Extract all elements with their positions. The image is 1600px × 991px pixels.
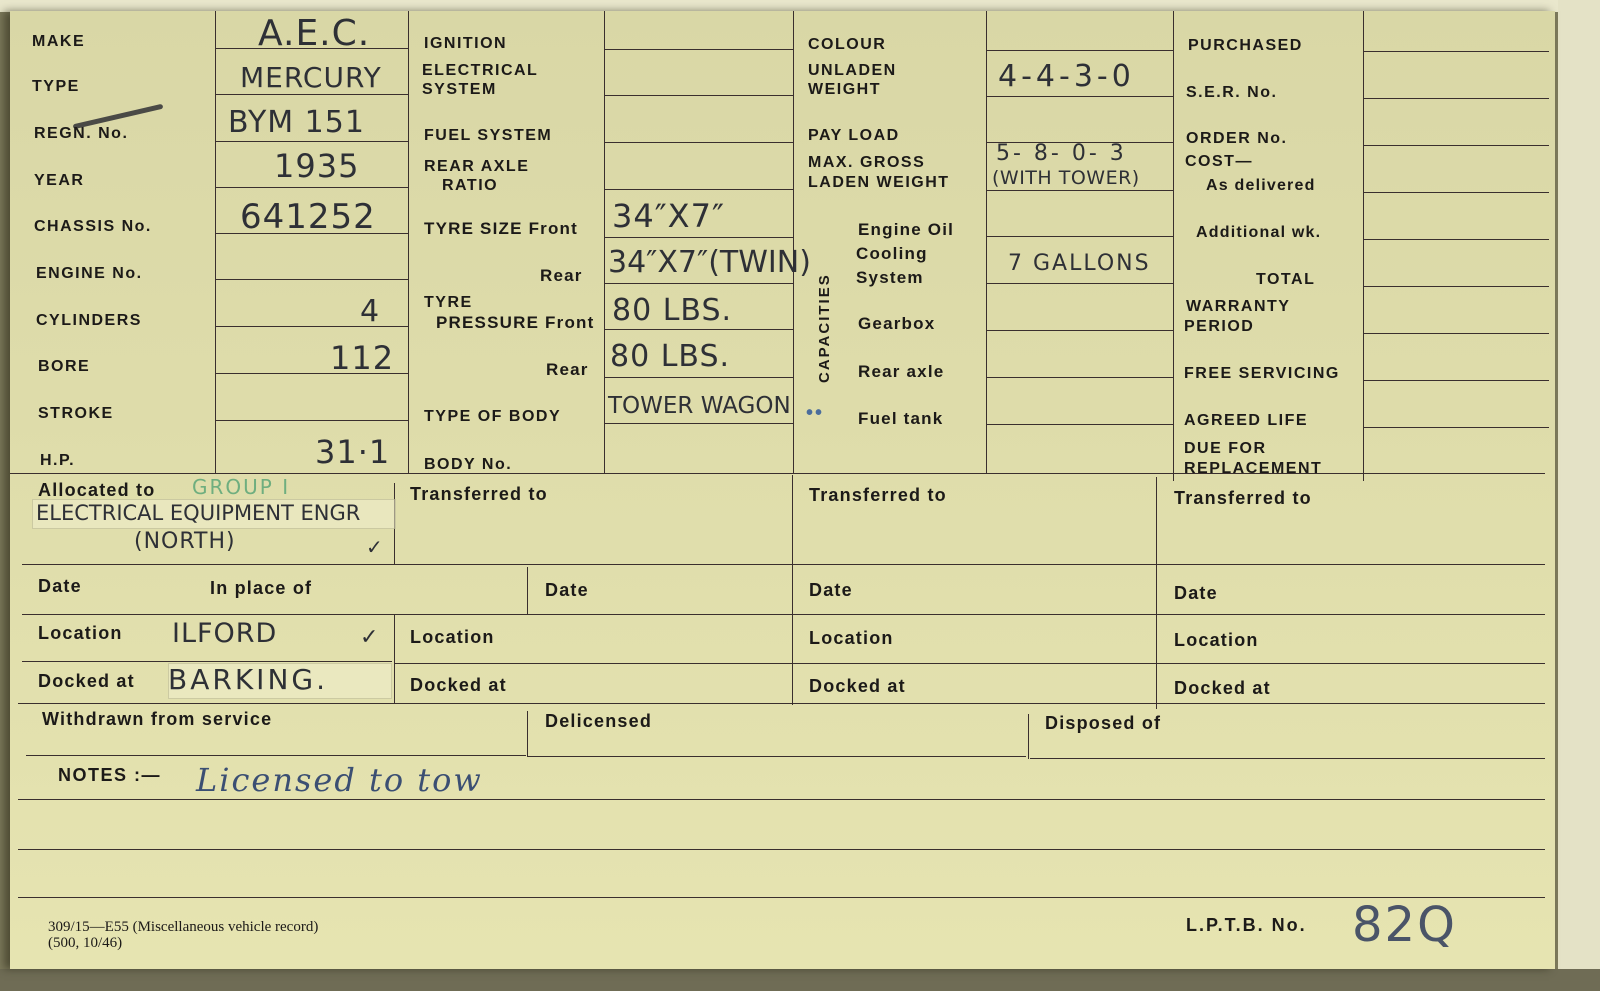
tyre-size-rear-label: Rear: [540, 266, 583, 285]
transfer-1-location-label: Location: [410, 628, 495, 647]
allocation-location-field[interactable]: ILFORD: [172, 618, 277, 649]
cost-label: COST—: [1185, 152, 1253, 171]
allocated-to-label: Allocated to: [38, 481, 155, 500]
allocation-location-label: Location: [38, 624, 123, 643]
as-delivered-label: As delivered: [1206, 176, 1316, 195]
fuel-system-label: FUEL SYSTEM: [424, 126, 552, 145]
rule: [986, 11, 987, 473]
notes-field[interactable]: Licensed to tow: [196, 761, 483, 799]
ignition-label: IGNITION: [424, 34, 507, 53]
hp-label: H.P.: [40, 451, 75, 470]
transfer-2-docked-label: Docked at: [809, 677, 906, 696]
transfer-3-to-field[interactable]: [1174, 511, 1544, 565]
year-label: YEAR: [34, 171, 84, 190]
order-no-label: ORDER No.: [1186, 129, 1288, 148]
transfer-2-date-label: Date: [809, 581, 853, 600]
withdrawn-label: Withdrawn from service: [42, 710, 272, 729]
max-gross-note: (WITH TOWER): [992, 167, 1140, 189]
ink-marks: ••: [806, 402, 824, 425]
transfer-2-location-label: Location: [809, 629, 894, 648]
cylinders-field[interactable]: 4: [360, 294, 380, 329]
transfer-2-to-field[interactable]: [809, 509, 1149, 563]
year-field[interactable]: 1935: [274, 147, 359, 185]
allocated-to-field-2[interactable]: (NORTH): [134, 529, 236, 554]
rule: [1173, 11, 1174, 481]
tyre-size-front-field[interactable]: 34″X7″: [612, 197, 725, 235]
rule: [215, 11, 216, 473]
tyre-size-front-label: TYRE SIZE Front: [424, 219, 578, 238]
unladen-weight-label-2: WEIGHT: [808, 80, 881, 99]
chassis-field[interactable]: 641252: [240, 197, 376, 237]
pay-load-label: PAY LOAD: [808, 126, 900, 145]
electrical-label-2: SYSTEM: [422, 80, 497, 99]
ser-no-label: S.E.R. No.: [1186, 83, 1277, 102]
rule: [793, 11, 794, 473]
stroke-label: STROKE: [38, 404, 114, 423]
tyre-pressure-rear-field[interactable]: 80 LBS.: [610, 339, 730, 374]
tyre-pressure-label-1: TYRE: [424, 293, 473, 312]
colour-label: COLOUR: [808, 35, 886, 54]
tyre-pressure-front-field[interactable]: 80 LBS.: [612, 293, 732, 328]
make-label: MAKE: [32, 32, 85, 51]
transfer-2-to-label: Transferred to: [809, 486, 947, 505]
additional-work-label: Additional wk.: [1196, 223, 1321, 242]
print-run: (500, 10/46): [48, 935, 122, 951]
unladen-weight-field[interactable]: 4-4-3-0: [998, 59, 1135, 94]
allocated-to-field[interactable]: ELECTRICAL EQUIPMENT ENGR: [36, 501, 360, 525]
regn-field[interactable]: BYM 151: [228, 105, 365, 140]
fuel-tank-label: Fuel tank: [858, 409, 943, 428]
agreed-life-label: AGREED LIFE: [1184, 411, 1308, 430]
notes-label: NOTES :—: [58, 766, 161, 785]
max-gross-field[interactable]: 5- 8- 0- 3: [996, 141, 1127, 166]
rule: [1363, 11, 1364, 481]
transfer-3-docked-label: Docked at: [1174, 679, 1271, 698]
cooling-system-field[interactable]: 7 GALLONS: [1008, 251, 1151, 276]
disposed-of-label: Disposed of: [1045, 714, 1161, 733]
allocation-check-icon: ✓: [366, 535, 384, 559]
transfer-3-location-label: Location: [1174, 631, 1259, 650]
transfer-3-date-label: Date: [1174, 584, 1218, 603]
rule: [604, 11, 605, 473]
due-replacement-label-2: REPLACEMENT: [1184, 459, 1322, 478]
rear-axle-ratio-label-1: REAR AXLE: [424, 157, 529, 176]
rule: [408, 11, 409, 473]
make-field[interactable]: A.E.C.: [258, 13, 370, 54]
allocation-date-label: Date: [38, 577, 82, 596]
regn-label: REGN. No.: [34, 124, 128, 143]
max-gross-label-1: MAX. GROSS: [808, 153, 925, 172]
transfer-3-to-label: Transferred to: [1174, 489, 1312, 508]
type-of-body-field[interactable]: TOWER WAGON: [608, 393, 791, 419]
bore-label: BORE: [38, 357, 90, 376]
background-right: [1558, 0, 1600, 991]
in-place-of-label: In place of: [210, 579, 312, 598]
background-bottom: [0, 969, 1600, 991]
bore-field[interactable]: 112: [330, 339, 394, 377]
cylinders-label: CYLINDERS: [36, 311, 142, 330]
rear-axle-ratio-label-2: RATIO: [442, 176, 498, 195]
rear-axle-capacity-label: Rear axle: [858, 362, 944, 381]
total-label: TOTAL: [1256, 270, 1315, 289]
body-no-label: BODY No.: [424, 455, 512, 474]
type-field[interactable]: MERCURY: [240, 61, 382, 94]
gearbox-label: Gearbox: [858, 314, 935, 333]
lptb-label: L.P.T.B. No.: [1186, 916, 1307, 935]
delicensed-label: Delicensed: [545, 712, 652, 731]
engine-oil-label: Engine Oil: [858, 220, 954, 239]
type-label: TYPE: [32, 77, 80, 96]
allocation-docked-label: Docked at: [38, 672, 135, 691]
transfer-1-to-label: Transferred to: [410, 485, 548, 504]
electrical-label-1: ELECTRICAL: [422, 61, 538, 80]
form-code: 309/15—E55 (Miscellaneous vehicle record…: [48, 919, 318, 935]
capacities-heading: CAPACITIES: [816, 273, 833, 383]
chassis-label: CHASSIS No.: [34, 217, 152, 236]
vehicle-record-card: MAKE A.E.C. TYPE MERCURY REGN. No. BYM 1…: [10, 11, 1555, 969]
engine-no-label: ENGINE No.: [36, 264, 143, 283]
tyre-pressure-rear-label: Rear: [546, 360, 589, 379]
lptb-number-field[interactable]: 82Q: [1352, 897, 1457, 953]
tyre-size-rear-field[interactable]: 34″X7″(TWIN): [608, 245, 811, 280]
purchased-label: PURCHASED: [1188, 36, 1303, 55]
transfer-1-to-field[interactable]: [410, 507, 780, 561]
unladen-weight-label-1: UNLADEN: [808, 61, 897, 80]
free-servicing-label: FREE SERVICING: [1184, 364, 1340, 383]
warranty-label-2: PERIOD: [1184, 317, 1254, 336]
cooling-system-label-1: Cooling: [856, 244, 928, 263]
allocation-docked-field[interactable]: BARKING.: [168, 663, 328, 696]
due-replacement-label-1: DUE FOR: [1184, 439, 1267, 458]
group-field[interactable]: GROUP I: [192, 475, 290, 499]
warranty-label-1: WARRANTY: [1186, 297, 1290, 316]
hp-field[interactable]: 31·1: [315, 433, 390, 471]
tyre-pressure-front-label: PRESSURE Front: [436, 313, 594, 332]
transfer-1-docked-label: Docked at: [410, 676, 507, 695]
cooling-system-label-2: System: [856, 268, 924, 287]
transfer-1-date-label: Date: [545, 581, 589, 600]
type-of-body-label: TYPE OF BODY: [424, 407, 561, 426]
location-check-icon: ✓: [360, 625, 379, 650]
max-gross-label-2: LADEN WEIGHT: [808, 173, 950, 192]
